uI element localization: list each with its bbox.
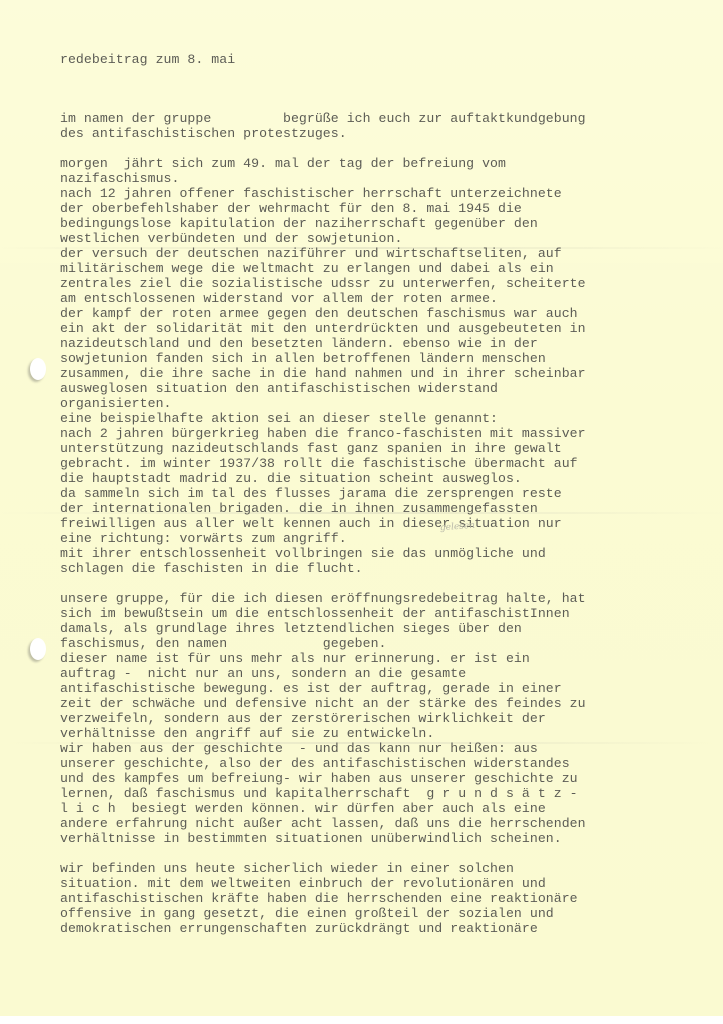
document-title: redebeitrag zum 8. mai	[60, 52, 235, 67]
text-line: verhältnisse in bestimmten situationen u…	[60, 831, 562, 846]
text-line: bedingungslose kapitulation der naziherr…	[60, 216, 538, 231]
text-line: der oberbefehlshaber der wehrmacht für d…	[60, 201, 522, 216]
text-line: die hauptstadt madrid zu. die situation …	[60, 471, 522, 486]
text-line: organisierten.	[60, 396, 172, 411]
text-line: antifaschistischen kräfte haben die herr…	[60, 891, 578, 906]
punch-hole	[30, 358, 46, 380]
text-line: nach 12 jahren offener faschistischer he…	[60, 186, 562, 201]
text-line: eine beispielhafte aktion sei an dieser …	[60, 411, 498, 426]
text-line: lernen, daß faschismus und kapitalherrsc…	[60, 786, 578, 801]
handwritten-note: gelesen	[440, 521, 476, 533]
text-line: militärischem wege die weltmacht zu erla…	[60, 261, 554, 276]
text-line: und des kampfes um befreiung- wir haben …	[60, 771, 578, 786]
text-line: zusammen, die ihre sache in die hand nah…	[60, 366, 586, 381]
text-line: ein akt der solidarität mit den unterdrü…	[60, 321, 586, 336]
text-line: mit ihrer entschlossenheit vollbringen s…	[60, 546, 546, 561]
text-line: der internationalen brigaden. die in ihn…	[60, 501, 538, 516]
text-line: situation. mit dem weltweiten einbruch d…	[60, 876, 546, 891]
text-line: da sammeln sich im tal des flusses jaram…	[60, 486, 562, 501]
text-line: unterstützung nazideutschlands fast ganz…	[60, 441, 562, 456]
text-line: l i c h besiegt werden können. wir dürfe…	[60, 801, 546, 816]
text-line: des antifaschistischen protestzuges.	[60, 126, 347, 141]
text-line: morgen jährt sich zum 49. mal der tag de…	[60, 156, 506, 171]
text-line: der versuch der deutschen naziführer und…	[60, 246, 562, 261]
text-line: wir befinden uns heute sicherlich wieder…	[60, 861, 514, 876]
text-line: freiwilligen aus aller welt kennen auch …	[60, 516, 562, 531]
text-line: wir haben aus der geschichte - und das k…	[60, 741, 538, 756]
text-line: zentrales ziel die sozialistische udssr …	[60, 276, 586, 291]
text-line: unserer geschichte, also der des antifas…	[60, 756, 570, 771]
text-line: offensive in gang gesetzt, die einen gro…	[60, 906, 554, 921]
punch-hole	[30, 638, 46, 660]
text-line: zeit der schwäche und defensive nicht an…	[60, 696, 586, 711]
text-line: verzweifeln, sondern aus der zerstöreris…	[60, 711, 546, 726]
text-line: auftrag - nicht nur an uns, sondern an d…	[60, 666, 466, 681]
text-line: der kampf der roten armee gegen den deut…	[60, 306, 578, 321]
text-line: ausweglosen situation den antifaschistis…	[60, 381, 498, 396]
text-line: sich im bewußtsein um die entschlossenhe…	[60, 606, 570, 621]
text-line: westlichen verbündeten und der sowjetuni…	[60, 231, 402, 246]
text-line: im namen der gruppe begrüße ich euch zur…	[60, 111, 586, 126]
text-line: nach 2 jahren bürgerkrieg haben die fran…	[60, 426, 586, 441]
text-line: faschismus, den namen gegeben.	[60, 636, 387, 651]
text-line: eine richtung: vorwärts zum angriff.	[60, 531, 347, 546]
text-line: antifaschistische bewegung. es ist der a…	[60, 681, 562, 696]
text-line: nazifaschismus.	[60, 171, 179, 186]
text-line: demokratischen errungenschaften zurückdr…	[60, 921, 538, 936]
paper-page: redebeitrag zum 8. mai im namen der grup…	[0, 0, 723, 1024]
text-line: schlagen die faschisten in die flucht.	[60, 561, 363, 576]
text-line: dieser name ist für uns mehr als nur eri…	[60, 651, 530, 666]
text-line: am entschlossenen widerstand vor allem d…	[60, 291, 498, 306]
text-line: unsere gruppe, für die ich diesen eröffn…	[60, 591, 586, 606]
text-line: verhältnisse den angriff auf sie zu entw…	[60, 726, 434, 741]
text-line: damals, als grundlage ihres letztendlich…	[60, 621, 522, 636]
text-line: andere erfahrung nicht außer acht lassen…	[60, 816, 586, 831]
text-line: gebracht. im winter 1937/38 rollt die fa…	[60, 456, 578, 471]
text-line: nazideutschland und den besetzten länder…	[60, 336, 538, 351]
paper-edge	[0, 1016, 723, 1024]
text-line: sowjetunion fanden sich in allen betroff…	[60, 351, 546, 366]
